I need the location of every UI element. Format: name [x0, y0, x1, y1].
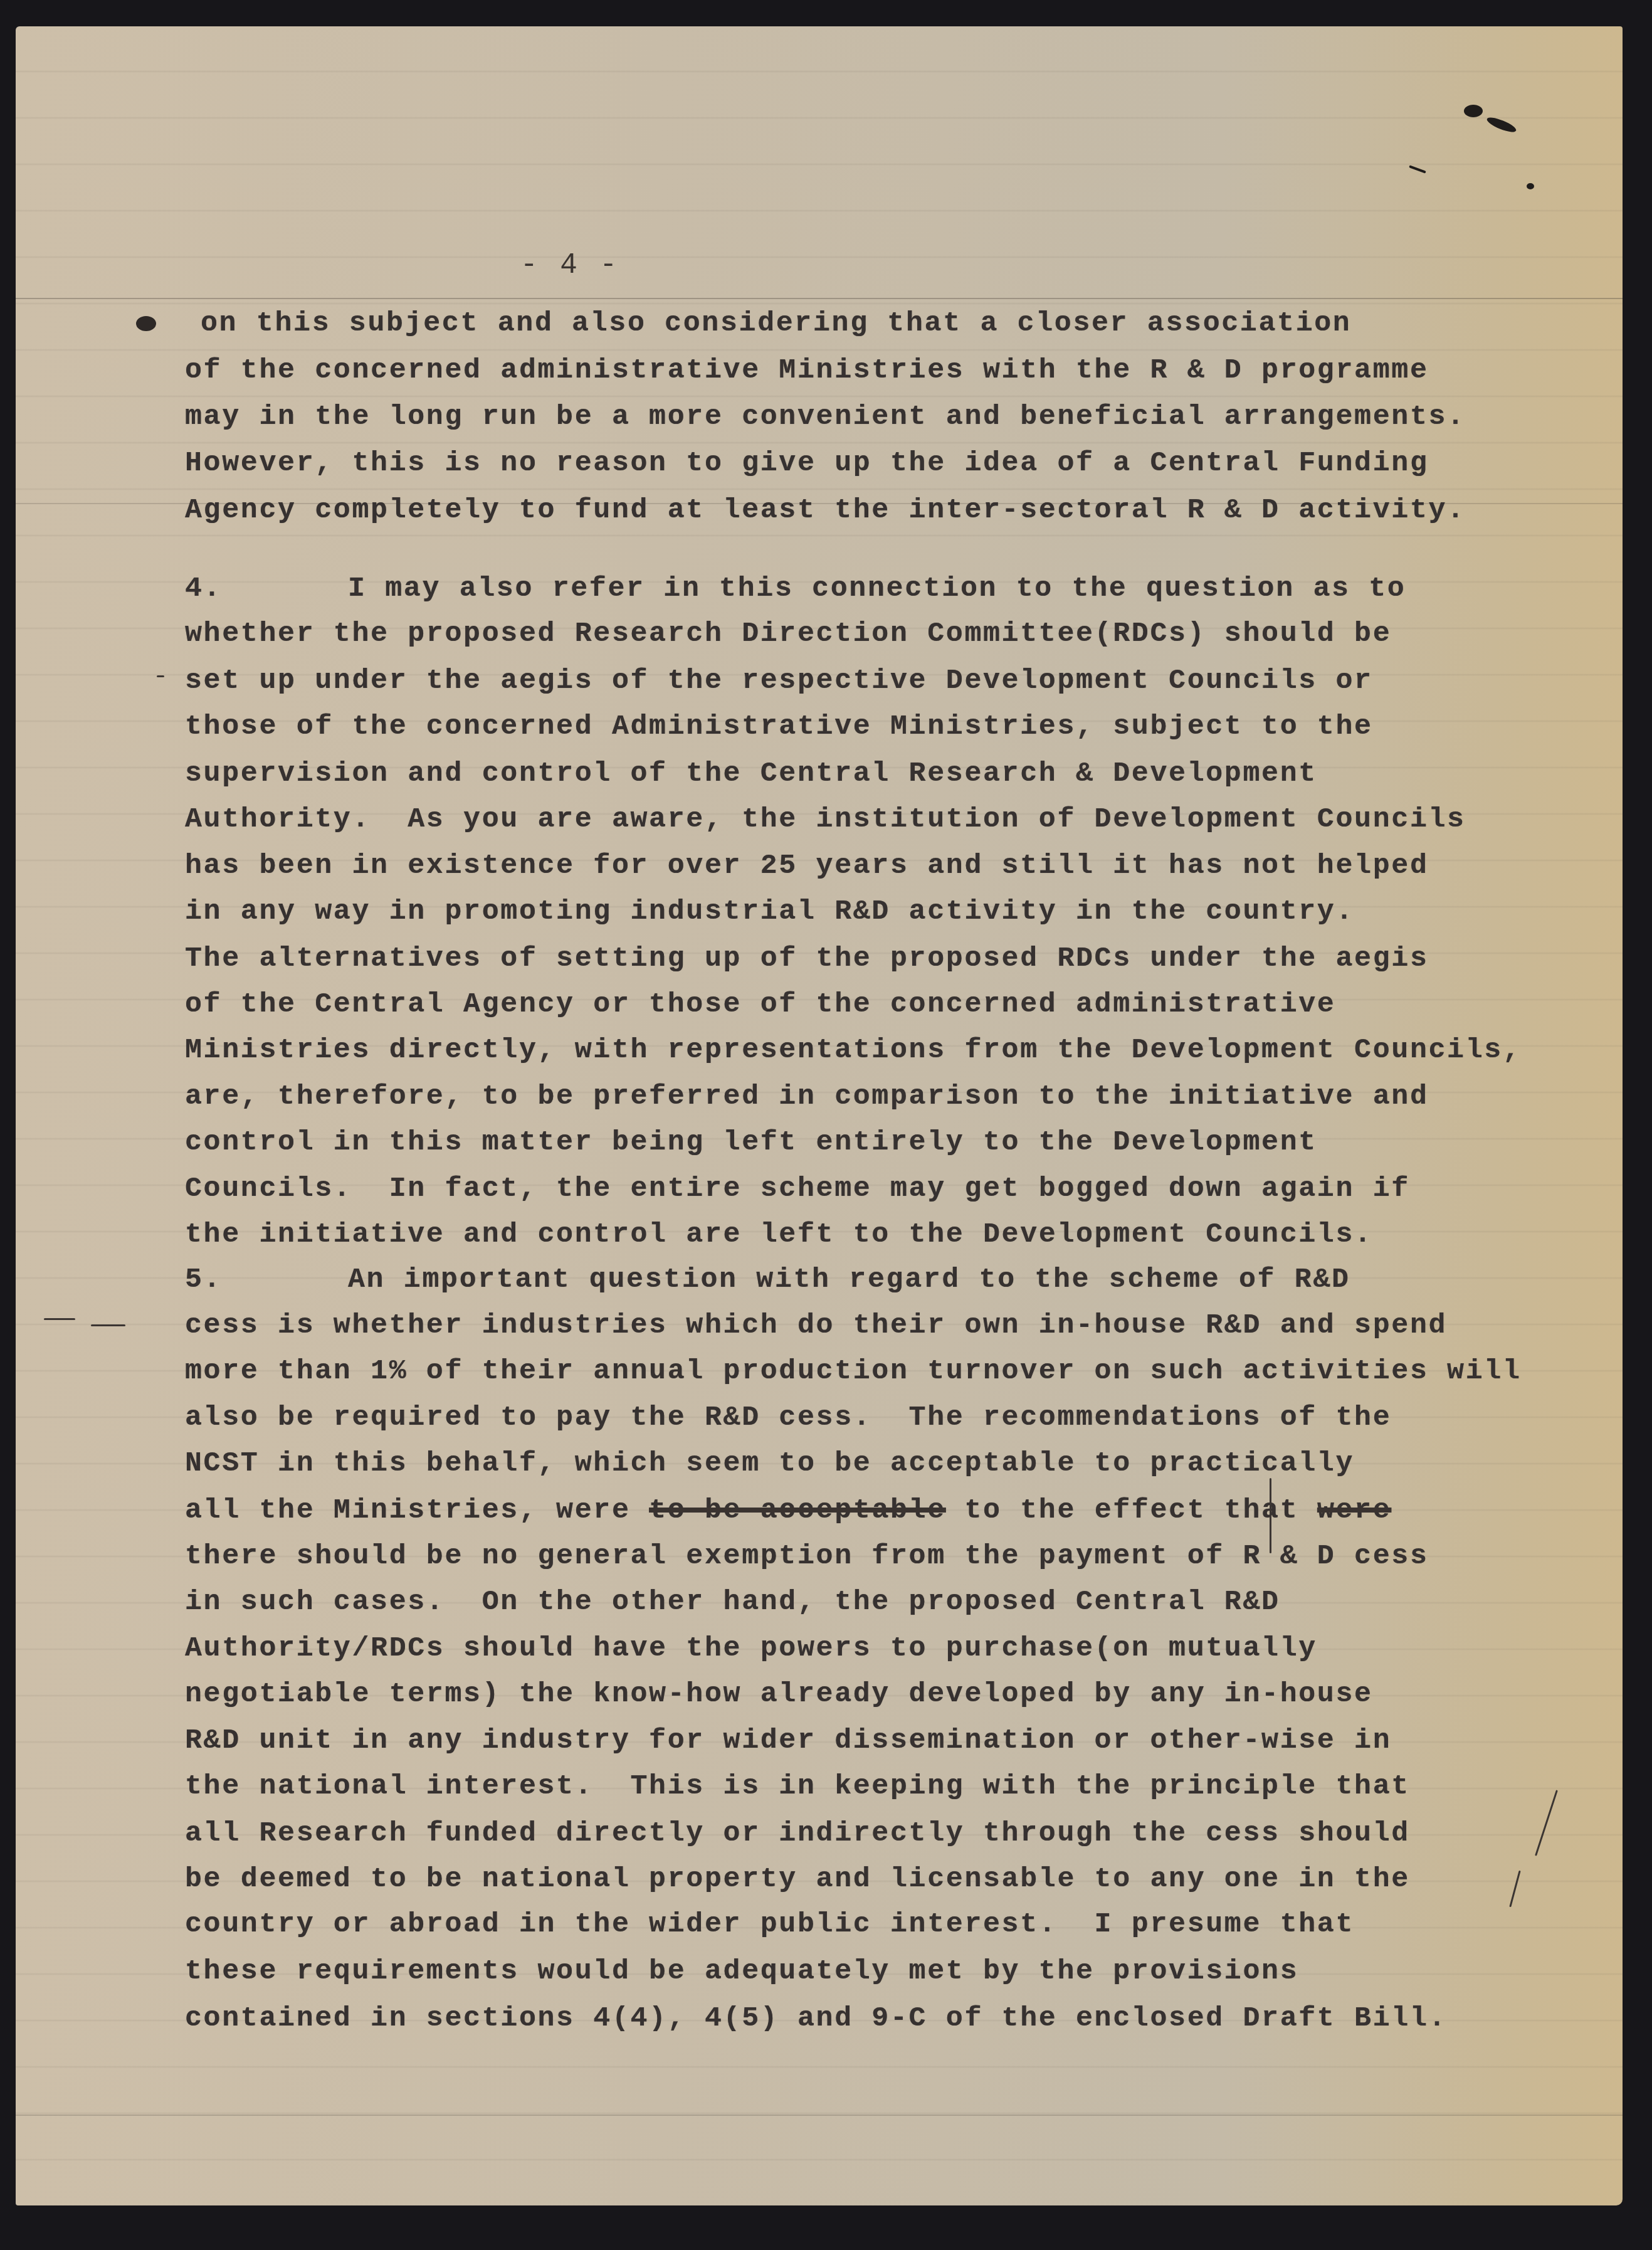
text-line: in any way in promoting industrial R&D a… [185, 894, 1354, 929]
struck-text: were [1317, 1494, 1391, 1526]
margin-pencil-mark [91, 1324, 125, 1326]
ruled-line [16, 298, 1623, 299]
margin-pencil-mark [157, 675, 164, 677]
text-line: R&D unit in any industry for wider disse… [185, 1723, 1391, 1758]
text-line: country or abroad in the wider public in… [185, 1907, 1354, 1942]
paragraph-4-first-line: 4.I may also refer in this connection to… [185, 571, 1406, 606]
ink-spot [1527, 183, 1534, 189]
text-line: contained in sections 4(4), 4(5) and 9-C… [185, 2001, 1447, 2036]
text-line: are, therefore, to be preferred in compa… [185, 1079, 1429, 1114]
text-line: However, this is no reason to give up th… [185, 446, 1429, 481]
text-line: Councils. In fact, the entire scheme may… [185, 1171, 1410, 1207]
text-line: on this subject and also considering tha… [201, 306, 1351, 341]
text-line: there should be no general exemption fro… [185, 1539, 1429, 1574]
margin-pencil-stroke [1509, 1871, 1520, 1908]
text-line: cess is whether industries which do thei… [185, 1308, 1447, 1343]
text-line: supervision and control of the Central R… [185, 756, 1317, 791]
ink-blot [1464, 105, 1483, 117]
text-line: Authority/RDCs should have the powers to… [185, 1631, 1317, 1666]
text-line: these requirements would be adequately m… [185, 1954, 1298, 1989]
text-line: Agency completely to fund at least the i… [185, 493, 1466, 528]
text-line: The alternatives of setting up of the pr… [185, 941, 1429, 976]
margin-pencil-mark [44, 1318, 75, 1320]
text-line: may in the long run be a more convenient… [185, 399, 1466, 435]
text-line: of the concerned administrative Ministri… [185, 353, 1429, 388]
margin-ink-mark [136, 316, 156, 331]
text-line: those of the concerned Administrative Mi… [185, 709, 1373, 744]
text-line: be deemed to be national property and li… [185, 1862, 1410, 1897]
text-line: in such cases. On the other hand, the pr… [185, 1585, 1280, 1620]
text-line: more than 1% of their annual production … [185, 1354, 1522, 1389]
document-page: - 4 - on this subject and also consideri… [16, 26, 1623, 2205]
struck-text: to be acceptable [649, 1494, 946, 1526]
text-line: set up under the aegis of the respective… [185, 663, 1373, 699]
text-line: NCST in this behalf, which seem to be ac… [185, 1446, 1354, 1481]
text-line-with-correction: all the Ministries, were to be acceptabl… [185, 1493, 1391, 1528]
text-line: the national interest. This is in keepin… [185, 1769, 1410, 1804]
ink-blot [1485, 115, 1518, 135]
text-line: negotiable terms) the know-how already d… [185, 1677, 1373, 1712]
text-line: whether the proposed Research Direction … [185, 616, 1391, 652]
text-line: Ministries directly, with representation… [185, 1033, 1522, 1068]
text-line: the initiative and control are left to t… [185, 1217, 1373, 1252]
text-line: has been in existence for over 25 years … [185, 848, 1429, 884]
ruled-line [16, 2115, 1623, 2116]
ink-spot [1409, 165, 1426, 173]
text-line: also be required to pay the R&D cess. Th… [185, 1400, 1391, 1435]
paragraph-number: 4. [185, 571, 348, 606]
text-line: control in this matter being left entire… [185, 1125, 1317, 1160]
margin-pencil-stroke [1535, 1790, 1558, 1856]
text-line: of the Central Agency or those of the co… [185, 987, 1335, 1022]
text-line: all Research funded directly or indirect… [185, 1816, 1410, 1851]
paragraph-number: 5. [185, 1262, 348, 1297]
paragraph-5-first-line: 5.An important question with regard to t… [185, 1262, 1350, 1297]
page-number: - 4 - [520, 249, 619, 282]
text-line: Authority. As you are aware, the institu… [185, 802, 1466, 837]
